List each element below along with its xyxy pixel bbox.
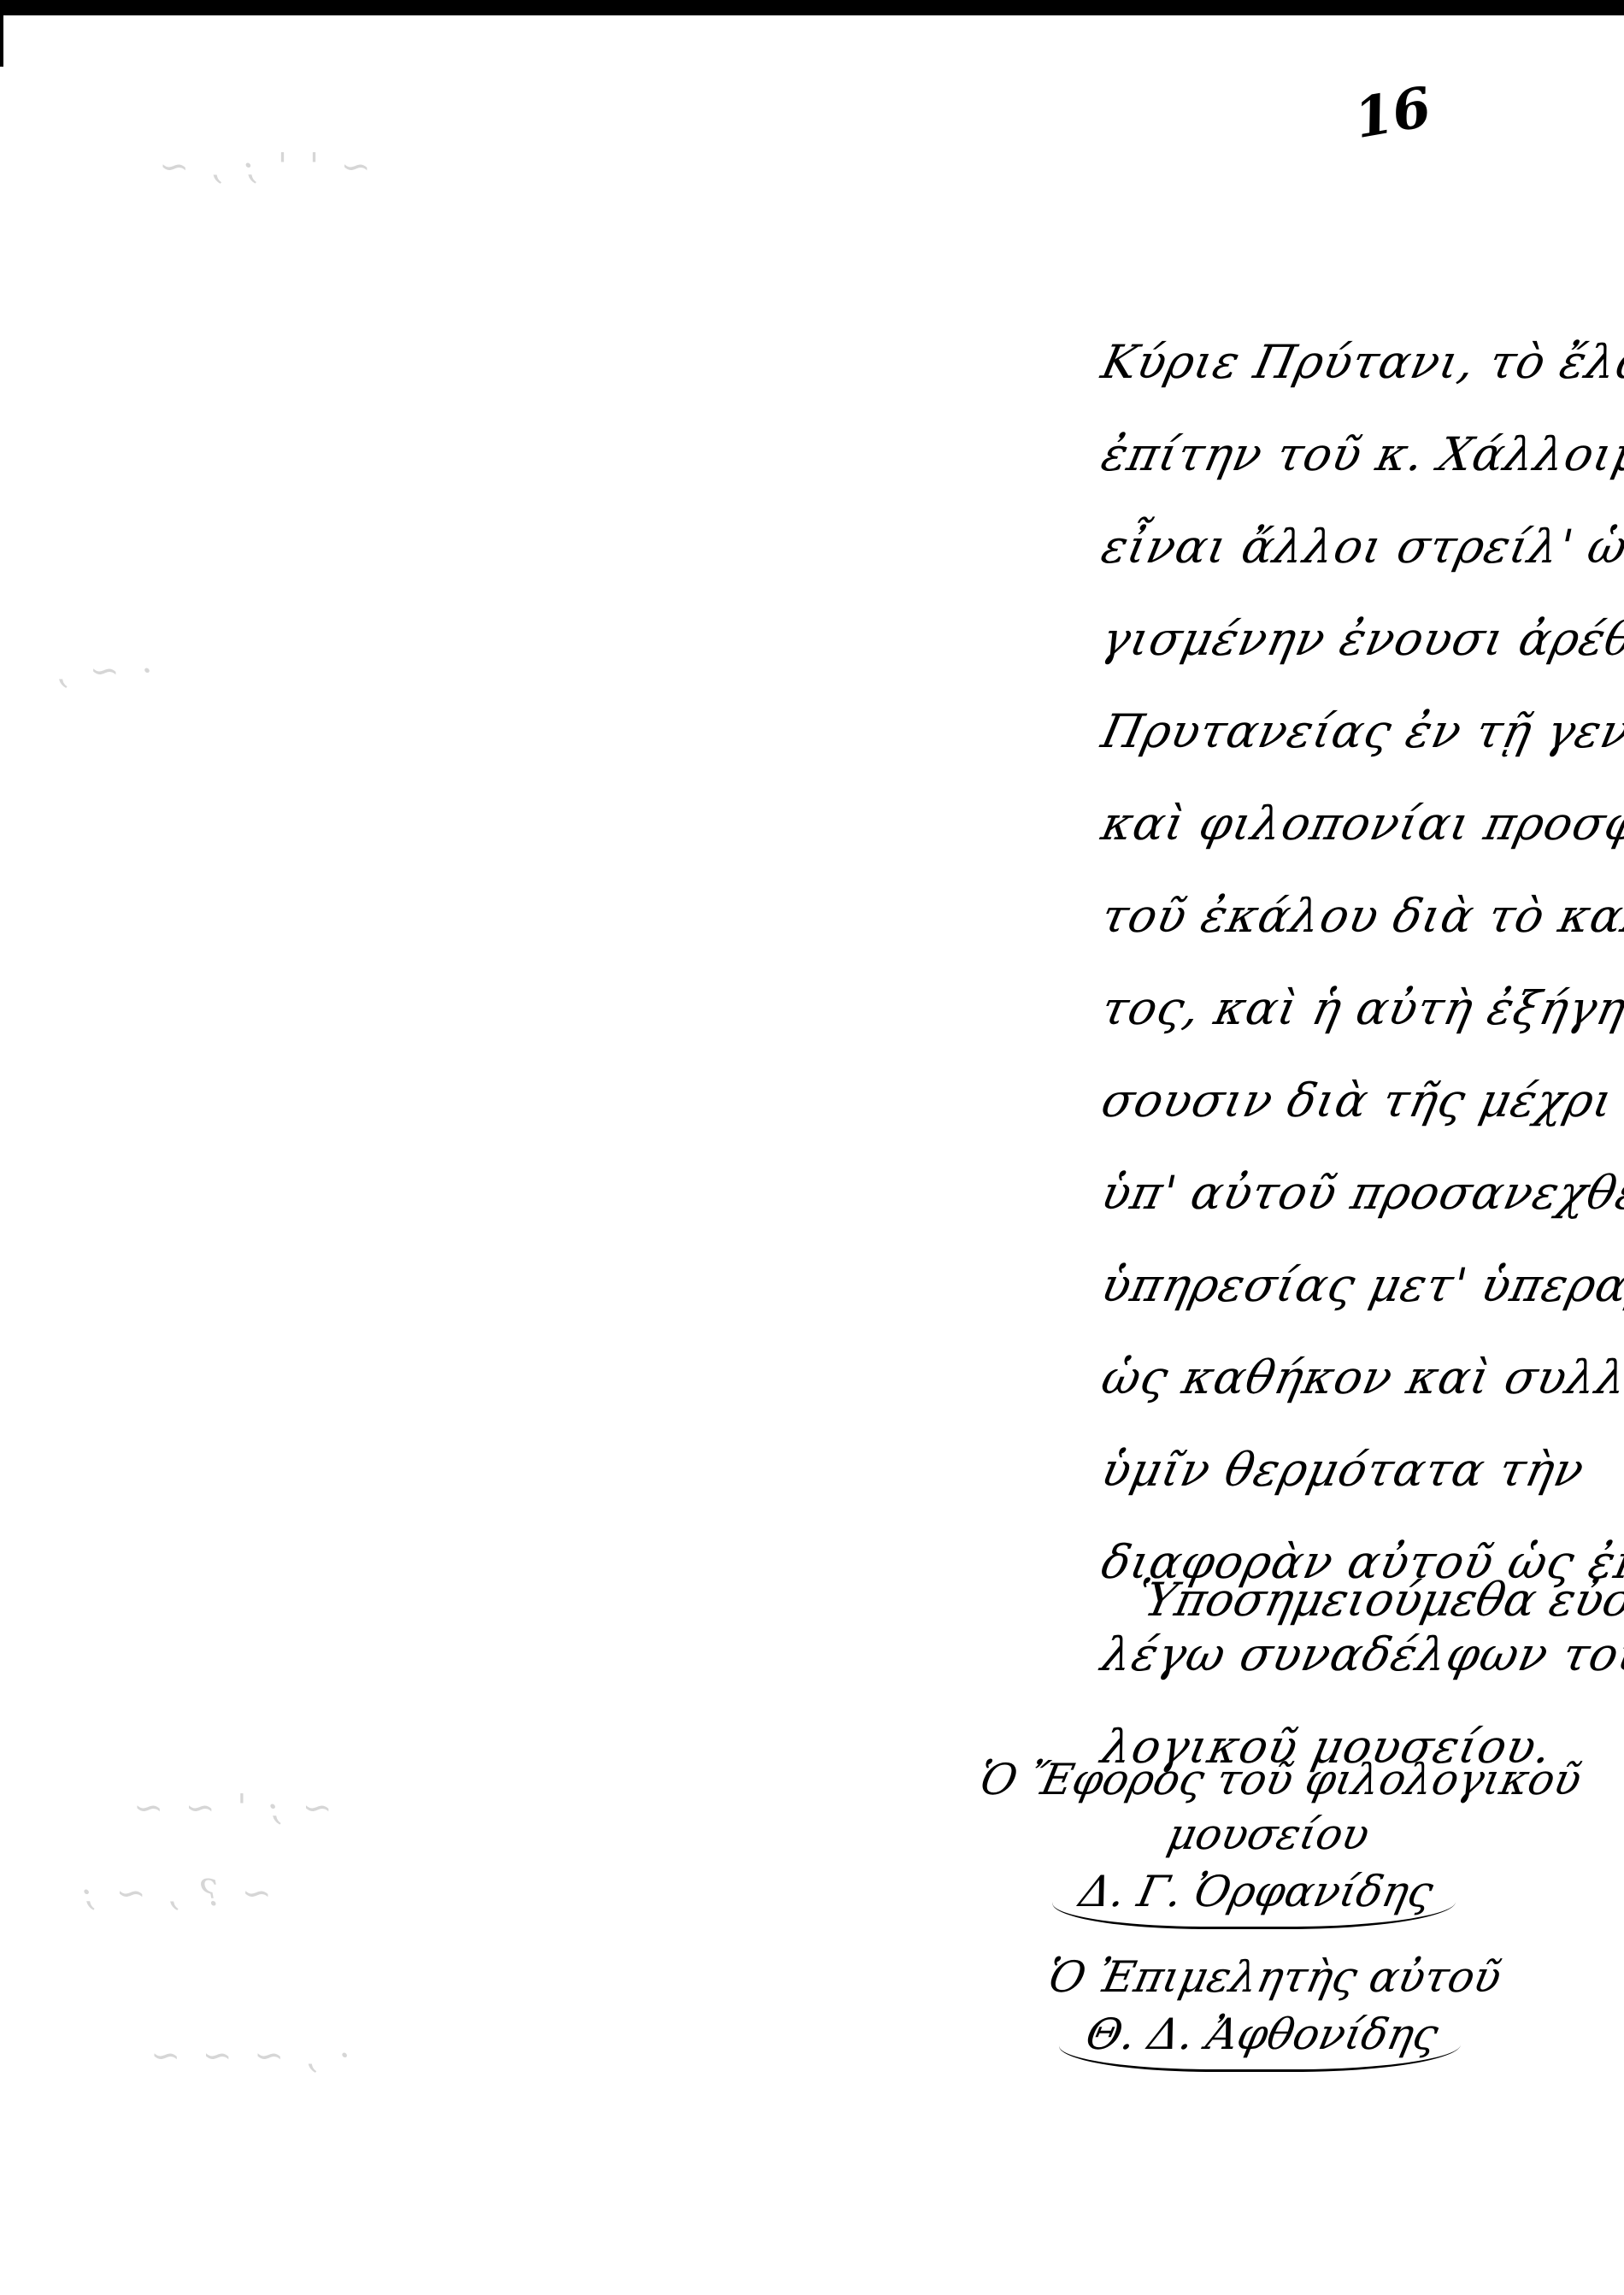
letter-line: ὑπηρεσίας μετ' ὑπεραρείσει <box>1093 1239 1617 1332</box>
letter-closing: Ὑποσημειούμεθα εὐσεβάστως <box>1131 1573 1624 1627</box>
signatory-name: Θ. Δ. Ἀφθονίδης <box>1053 2004 1469 2072</box>
letter-line: εἶναι ἄλλοι στρείλ' ὡν καὶ σφρα- <box>1093 501 1617 593</box>
letter-line: ἐπίτην τοῦ κ. Χάλλοιμαν <box>1093 409 1617 501</box>
letter-line: Κύριε Πρύτανι, τὸ ἔλαβον <box>1093 316 1617 409</box>
bleed-through-mark: ~ ; ' ~ ~ <box>128 1786 332 1828</box>
bleed-through-mark: · , ~ ~ ~ <box>145 2034 350 2076</box>
signatory-title-continued: μουσείου <box>938 1807 1599 1862</box>
letter-body: Κύριε Πρύτανι, τὸ ἔλαβον ἐπίτην τοῦ κ. Χ… <box>1103 316 1607 1793</box>
letter-line: καὶ φιλοπονίαι προσφορὰς <box>1093 778 1617 870</box>
signature-block-ephor: Ὁ Ἔφορος τοῦ φιλολογικοῦ μουσείου Δ. Γ. … <box>919 1752 1610 1950</box>
letter-line: ὡς καθήκον καὶ συλλέγειν <box>1093 1332 1617 1424</box>
bleed-through-mark: ~ ' ' ; , ~ <box>154 145 371 187</box>
scan-border-top <box>0 0 1624 15</box>
letter-line: σουσιν διὰ τῆς μέχρι τοῦδε <box>1093 1055 1617 1147</box>
letter-line: τος, καὶ ἡ αὐτὴ ἐξήγη- <box>1093 962 1617 1055</box>
page-number: 16 <box>1350 75 1436 151</box>
signatory-name: Δ. Γ. Ὀρφανίδης <box>1047 1862 1464 1929</box>
signatory-title: Ὁ Ἔφορος τοῦ φιλολογικοῦ <box>950 1752 1611 1807</box>
letter-line: Πρυτανείας ἐν τῇ γεναίᾳ <box>1093 686 1617 778</box>
signature-block-curator: Ὁ Ἐπιμελητὴς αὐτοῦ Θ. Δ. Ἀφθονίδης <box>925 1950 1604 2092</box>
letter-line: ὑπ' αὐτοῦ προσανεχθείσης <box>1093 1147 1617 1239</box>
scan-border-left <box>0 15 3 67</box>
letter-line: τοῦ ἐκάλου διὰ τὸ καλὸν θεμα- <box>1093 870 1617 962</box>
letter-line: γισμένην ἐνουσι ἀρέθεσιν <box>1093 593 1617 686</box>
signatory-title: Ὁ Ἐπιμελητὴς αὐτοῦ <box>944 1950 1605 2004</box>
letter-line: ὑμῖν θερμότατα τὴν <box>1093 1424 1617 1516</box>
signature-section: Ὁ Ἔφορος τοῦ φιλολογικοῦ μουσείου Δ. Γ. … <box>940 1752 1590 2092</box>
bleed-through-mark: ~ ? , ~ ; <box>77 1872 272 1914</box>
bleed-through-mark: · ~ , <box>51 650 153 691</box>
